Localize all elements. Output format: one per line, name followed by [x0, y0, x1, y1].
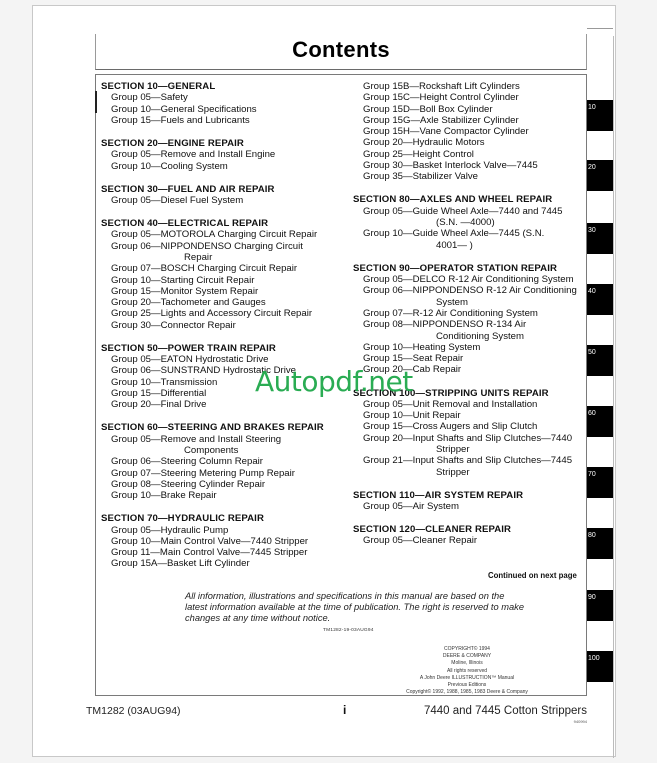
group-label: Group 30—Connector Repair [111, 320, 236, 331]
copyright-line: DEERE & COMPANY [377, 653, 557, 660]
toc-group-entry[interactable]: Group 05—MOTOROLA Charging Circuit Repai… [101, 229, 349, 240]
toc-group-entry[interactable]: Group 20—Hydraulic Motors [353, 137, 581, 148]
toc-group-entry[interactable]: Group 05—Hydraulic Pump [101, 525, 349, 536]
group-label-continued: System [363, 297, 581, 308]
group-label: Group 10—Unit Repair [363, 410, 461, 421]
toc-group-entry[interactable]: Group 08—Steering Cylinder Repair [101, 479, 349, 490]
group-label: Group 07—Steering Metering Pump Repair [111, 468, 295, 479]
section-heading[interactable]: SECTION 80—AXLES AND WHEEL REPAIR [353, 194, 581, 205]
toc-group-entry[interactable]: Group 15—Fuels and Lubricants [101, 115, 349, 126]
toc-group-entry[interactable]: Group 15D—Boll Box Cylinder [353, 104, 581, 115]
section-heading[interactable]: SECTION 20—ENGINE REPAIR [101, 138, 349, 149]
group-label: Group 20—Hydraulic Motors [363, 137, 485, 148]
group-label: Group 06—NIPPONDENSO Charging Circuit [111, 241, 303, 252]
section-heading[interactable]: SECTION 110—AIR SYSTEM REPAIR [353, 490, 581, 501]
tab-strip-border [613, 36, 614, 758]
group-label: Group 05—Diesel Fuel System [111, 195, 243, 206]
toc-group-entry[interactable]: Group 06—Steering Column Repair [101, 456, 349, 467]
tab-strip-cap [587, 28, 613, 29]
group-label: Group 21—Input Shafts and Slip Clutches—… [363, 455, 572, 466]
group-label: Group 10—Starting Circuit Repair [111, 275, 254, 286]
section-heading[interactable]: SECTION 60—STEERING AND BRAKES REPAIR [101, 422, 349, 433]
group-label: Group 05—Hydraulic Pump [111, 525, 228, 536]
group-label: Group 25—Lights and Accessory Circuit Re… [111, 308, 312, 319]
copyright-line: All rights reserved [377, 668, 557, 675]
group-label: Group 20—Input Shafts and Slip Clutches—… [363, 433, 572, 444]
group-label: Group 05—MOTOROLA Charging Circuit Repai… [111, 229, 317, 240]
title-box: Contents [95, 34, 587, 70]
toc-group-entry[interactable]: Group 05—Remove and Install Engine [101, 149, 349, 160]
toc-group-entry[interactable]: Group 07—R-12 Air Conditioning System [353, 308, 581, 319]
toc-group-entry[interactable]: Group 08—NIPPONDENSO R-134 AirConditioni… [353, 319, 581, 342]
section-heading[interactable]: SECTION 10—GENERAL [101, 81, 349, 92]
group-label: Group 05—Safety [111, 92, 188, 103]
group-label-continued: Stripper [363, 467, 581, 478]
section-tab[interactable]: 80 [587, 528, 613, 559]
toc-group-entry[interactable]: Group 15B—Rockshaft Lift Cylinders [353, 81, 581, 92]
toc-group-entry[interactable]: Group 05—DELCO R-12 Air Conditioning Sys… [353, 274, 581, 285]
disclaimer-notice: All information, illustrations and speci… [185, 591, 525, 625]
copyright-block: COPYRIGHT© 1994DEERE & COMPANYMoline, Il… [377, 646, 557, 696]
footer-page-number: i [343, 703, 346, 717]
toc-group-entry[interactable]: Group 10—Starting Circuit Repair [101, 275, 349, 286]
toc-group-entry[interactable]: Group 25—Height Control [353, 149, 581, 160]
toc-group-entry[interactable]: Group 07—Steering Metering Pump Repair [101, 468, 349, 479]
group-label: Group 07—R-12 Air Conditioning System [363, 308, 538, 319]
toc-section: SECTION 90—OPERATOR STATION REPAIRGroup … [353, 263, 581, 376]
section-tab[interactable]: 60 [587, 406, 613, 437]
toc-group-entry[interactable]: Group 05—Cleaner Repair [353, 535, 581, 546]
section-heading[interactable]: SECTION 70—HYDRAULIC REPAIR [101, 513, 349, 524]
group-label: Group 15—Fuels and Lubricants [111, 115, 250, 126]
section-tab[interactable]: 30 [587, 223, 613, 254]
group-label: Group 20—Tachometer and Gauges [111, 297, 266, 308]
group-label: Group 15B—Rockshaft Lift Cylinders [363, 81, 520, 92]
toc-group-entry[interactable]: Group 10—General Specifications [101, 104, 349, 115]
toc-section: SECTION 20—ENGINE REPAIRGroup 05—Remove … [101, 138, 349, 172]
section-tab[interactable]: 20 [587, 160, 613, 191]
group-label: Group 15—Seat Repair [363, 353, 463, 364]
section-heading[interactable]: SECTION 120—CLEANER REPAIR [353, 524, 581, 535]
page-title: Contents [96, 37, 586, 63]
document-code: TM1282-19-03AUG94 [323, 628, 374, 633]
group-label: Group 15H—Vane Compactor Cylinder [363, 126, 529, 137]
toc-group-entry[interactable]: Group 25—Lights and Accessory Circuit Re… [101, 308, 349, 319]
copyright-line: Moline, Illinois [377, 660, 557, 667]
footer-code: 940994 [533, 719, 587, 724]
toc-group-entry[interactable]: Group 05—Guide Wheel Axle—7440 and 7445(… [353, 206, 581, 229]
toc-group-entry[interactable]: Group 06—NIPPONDENSO Charging CircuitRep… [101, 241, 349, 264]
frame-marker [95, 91, 97, 113]
toc-section: SECTION 100—STRIPPING UNITS REPAIRGroup … [353, 388, 581, 478]
section-heading[interactable]: SECTION 90—OPERATOR STATION REPAIR [353, 263, 581, 274]
copyright-line: Copyright© 1992, 1988, 1985, 1983 Deere … [377, 689, 557, 696]
toc-group-entry[interactable]: Group 10—Guide Wheel Axle—7445 (S.N.4001… [353, 228, 581, 251]
toc-group-entry[interactable]: Group 05—Remove and Install SteeringComp… [101, 434, 349, 457]
group-label: Group 05—Remove and Install Steering [111, 434, 281, 445]
section-heading[interactable]: SECTION 40—ELECTRICAL REPAIR [101, 218, 349, 229]
section-tab[interactable]: 50 [587, 345, 613, 376]
toc-section: SECTION 40—ELECTRICAL REPAIRGroup 05—MOT… [101, 218, 349, 331]
group-label: Group 10—General Specifications [111, 104, 257, 115]
group-label: Group 15—Monitor System Repair [111, 286, 258, 297]
group-label: Group 08—NIPPONDENSO R-134 Air [363, 319, 526, 330]
group-label: Group 15G—Axle Stabilizer Cylinder [363, 115, 519, 126]
group-label: Group 15—Differential [111, 388, 206, 399]
toc-section: SECTION 120—CLEANER REPAIRGroup 05—Clean… [353, 524, 581, 547]
toc-group-entry[interactable]: Group 05—Unit Removal and Installation [353, 399, 581, 410]
group-label-continued: Conditioning System [363, 331, 581, 342]
group-label: Group 07—BOSCH Charging Circuit Repair [111, 263, 297, 274]
toc-group-entry[interactable]: Group 20—Tachometer and Gauges [101, 297, 349, 308]
section-heading[interactable]: SECTION 50—POWER TRAIN REPAIR [101, 343, 349, 354]
group-label: Group 05—Air System [363, 501, 459, 512]
group-label: Group 10—Cooling System [111, 161, 228, 172]
group-label-continued: Repair [111, 252, 349, 263]
group-label: Group 05—Cleaner Repair [363, 535, 477, 546]
manual-page: Contents SECTION 10—GENERALGroup 05—Safe… [32, 5, 616, 757]
toc-section: SECTION 70—HYDRAULIC REPAIRGroup 05—Hydr… [101, 513, 349, 569]
toc-group-entry[interactable]: Group 15H—Vane Compactor Cylinder [353, 126, 581, 137]
group-label: Group 06—NIPPONDENSO R-12 Air Conditioni… [363, 285, 577, 296]
group-label: Group 15—Cross Augers and Slip Clutch [363, 421, 537, 432]
group-label-continued: 4001— ) [363, 240, 581, 251]
toc-group-entry[interactable]: Group 10—Main Control Valve—7440 Strippe… [101, 536, 349, 547]
toc-section: SECTION 80—AXLES AND WHEEL REPAIRGroup 0… [353, 194, 581, 250]
group-label: Group 10—Heating System [363, 342, 480, 353]
toc-group-entry[interactable]: Group 05—Air System [353, 501, 581, 512]
group-label: Group 10—Main Control Valve—7440 Strippe… [111, 536, 308, 547]
toc-group-entry[interactable]: Group 15A—Basket Lift Cylinder [101, 558, 349, 569]
copyright-line: A John Deere ILLUSTRUCTION™ Manual [377, 675, 557, 682]
toc-group-entry[interactable]: Group 10—Unit Repair [353, 410, 581, 421]
toc-group-entry[interactable]: Group 15C—Height Control Cylinder [353, 92, 581, 103]
toc-section: SECTION 60—STEERING AND BRAKES REPAIRGro… [101, 422, 349, 501]
group-label: Group 35—Stabilizer Valve [363, 171, 478, 182]
footer-product-title: 7440 and 7445 Cotton Strippers [397, 705, 587, 717]
section-tab[interactable]: 40 [587, 284, 613, 315]
section-heading[interactable]: SECTION 30—FUEL AND AIR REPAIR [101, 184, 349, 195]
group-label: Group 08—Steering Cylinder Repair [111, 479, 265, 490]
section-tab[interactable]: 90 [587, 590, 613, 621]
toc-group-entry[interactable]: Group 07—BOSCH Charging Circuit Repair [101, 263, 349, 274]
toc-section: Group 15B—Rockshaft Lift CylindersGroup … [353, 81, 581, 183]
continued-note: Continued on next page [488, 571, 577, 580]
toc-section: SECTION 30—FUEL AND AIR REPAIRGroup 05—D… [101, 184, 349, 207]
toc-group-entry[interactable]: Group 20—Input Shafts and Slip Clutches—… [353, 433, 581, 456]
toc-section: SECTION 110—AIR SYSTEM REPAIRGroup 05—Ai… [353, 490, 581, 513]
toc-group-entry[interactable]: Group 10—Brake Repair [101, 490, 349, 501]
contents-left-column: SECTION 10—GENERALGroup 05—SafetyGroup 1… [101, 81, 349, 582]
group-label-continued: Stripper [363, 444, 581, 455]
group-label: Group 10—Guide Wheel Axle—7445 (S.N. [363, 228, 544, 239]
group-label: Group 20—Final Drive [111, 399, 206, 410]
group-label: Group 06—Steering Column Repair [111, 456, 263, 467]
group-label: Group 11—Main Control Valve—7445 Strippe… [111, 547, 307, 558]
section-tab[interactable]: 70 [587, 467, 613, 498]
group-label: Group 05—DELCO R-12 Air Conditioning Sys… [363, 274, 574, 285]
toc-group-entry[interactable]: Group 05—Safety [101, 92, 349, 103]
copyright-line: COPYRIGHT© 1994 [377, 646, 557, 653]
toc-group-entry[interactable]: Group 21—Input Shafts and Slip Clutches—… [353, 455, 581, 478]
toc-group-entry[interactable]: Group 30—Basket Interlock Valve—7445 [353, 160, 581, 171]
toc-group-entry[interactable]: Group 15—Monitor System Repair [101, 286, 349, 297]
group-label: Group 15D—Boll Box Cylinder [363, 104, 493, 115]
toc-group-entry[interactable]: Group 11—Main Control Valve—7445 Strippe… [101, 547, 349, 558]
watermark: Autopdf.net [255, 365, 413, 398]
toc-group-entry[interactable]: Group 05—Diesel Fuel System [101, 195, 349, 206]
group-label: Group 25—Height Control [363, 149, 474, 160]
group-label: Group 15A—Basket Lift Cylinder [111, 558, 250, 569]
toc-group-entry[interactable]: Group 20—Final Drive [101, 399, 349, 410]
section-tab[interactable]: 10 [587, 100, 613, 131]
toc-group-entry[interactable]: Group 10—Heating System [353, 342, 581, 353]
toc-group-entry[interactable]: Group 35—Stabilizer Valve [353, 171, 581, 182]
footer-manual-id: TM1282 (03AUG94) [86, 705, 181, 717]
toc-group-entry[interactable]: Group 10—Cooling System [101, 161, 349, 172]
toc-section: SECTION 10—GENERALGroup 05—SafetyGroup 1… [101, 81, 349, 126]
toc-group-entry[interactable]: Group 05—EATON Hydrostatic Drive [101, 354, 349, 365]
group-label: Group 30—Basket Interlock Valve—7445 [363, 160, 538, 171]
group-label: Group 05—EATON Hydrostatic Drive [111, 354, 268, 365]
toc-group-entry[interactable]: Group 06—NIPPONDENSO R-12 Air Conditioni… [353, 285, 581, 308]
group-label-continued: Components [111, 445, 349, 456]
toc-group-entry[interactable]: Group 15—Cross Augers and Slip Clutch [353, 421, 581, 432]
toc-group-entry[interactable]: Group 15—Seat Repair [353, 353, 581, 364]
group-label: Group 10—Brake Repair [111, 490, 217, 501]
group-label: Group 15C—Height Control Cylinder [363, 92, 519, 103]
group-label: Group 05—Unit Removal and Installation [363, 399, 537, 410]
group-label: Group 10—Transmission [111, 377, 217, 388]
group-label: Group 05—Remove and Install Engine [111, 149, 275, 160]
toc-group-entry[interactable]: Group 30—Connector Repair [101, 320, 349, 331]
section-tab[interactable]: 100 [587, 651, 613, 682]
group-label: Group 05—Guide Wheel Axle—7440 and 7445 [363, 206, 562, 217]
contents-right-column: Group 15B—Rockshaft Lift CylindersGroup … [353, 81, 581, 558]
toc-group-entry[interactable]: Group 15G—Axle Stabilizer Cylinder [353, 115, 581, 126]
group-label-continued: (S.N. —4000) [363, 217, 581, 228]
